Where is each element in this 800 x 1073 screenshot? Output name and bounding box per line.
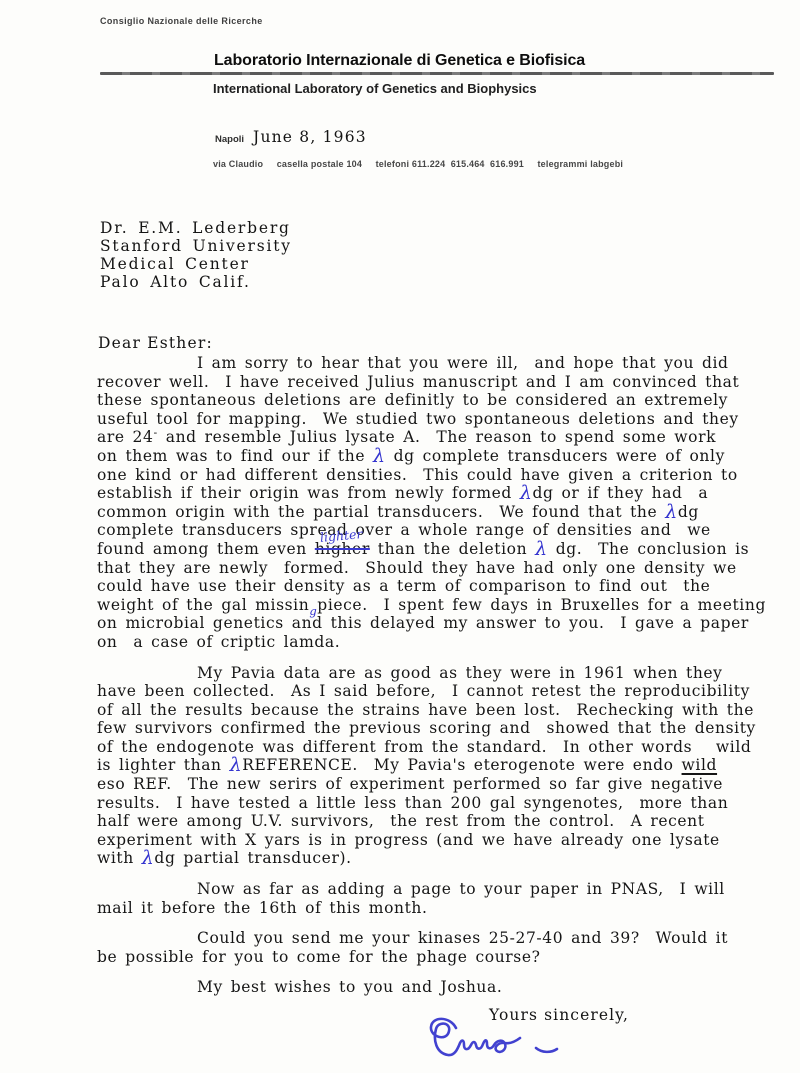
typed-text: are 24 <box>97 428 153 446</box>
body-line: My Pavia data are as good as they were i… <box>97 664 762 683</box>
body-line: of the endogenote was different from the… <box>97 738 762 757</box>
address-line: Palo Alto Calif. <box>100 273 292 291</box>
body-line: weight of the gal missingpiece. I spent … <box>97 596 762 615</box>
body-line: on them was to find our if the λ dg comp… <box>97 447 762 466</box>
body-line: of all the results because the strains h… <box>97 701 762 720</box>
date-text: June 8, 1963 <box>253 128 367 146</box>
typed-text: these spontaneous deletions are definitl… <box>97 391 728 409</box>
handwritten-lambda-icon: λ <box>230 754 243 776</box>
typed-text: and resemble Julius lysate A. The reason… <box>158 428 716 446</box>
body-line: few survivors confirmed the previous sco… <box>97 719 762 738</box>
typed-text: found among them even <box>97 540 315 558</box>
typed-text: dg <box>678 503 699 521</box>
typed-text: on a case of criptic lamda. <box>97 633 340 651</box>
handwritten-insertion: g <box>309 604 317 618</box>
typed-text: could have use their density as a term o… <box>97 577 710 595</box>
typed-text: half were among U.V. survivors, the rest… <box>97 812 705 830</box>
typed-text: mail it before the 16th of this month. <box>97 899 428 917</box>
handwritten-lambda-icon: λ <box>535 538 548 560</box>
typed-text: recover well. I have received Julius man… <box>97 373 739 391</box>
body-line: found among them even higherlighter than… <box>97 540 762 559</box>
address-line: Dr. E.M. Lederberg <box>100 219 292 237</box>
body-line: recover well. I have received Julius man… <box>97 373 762 392</box>
typed-text: experiment with X yars is in progress (a… <box>97 831 720 849</box>
paragraph: Now as far as adding a page to your pape… <box>97 880 762 917</box>
underlined-text: wild <box>682 756 718 774</box>
recipient-address: Dr. E.M. Lederberg Stanford University M… <box>100 219 292 291</box>
body-line: one kind or had different densities. Thi… <box>97 466 762 485</box>
typed-text: on them was to find our if the <box>97 447 373 465</box>
handwritten-lambda-icon: λ <box>142 847 155 869</box>
paragraph: My Pavia data are as good as they were i… <box>97 664 762 869</box>
body-line: on a case of criptic lamda. <box>97 633 762 652</box>
address-line: Stanford University <box>100 237 292 255</box>
typed-text: of all the results because the strains h… <box>97 701 754 719</box>
handwritten-correction: higherlighter <box>315 540 370 558</box>
city-label: Napoli <box>215 134 244 145</box>
typed-text: REFERENCE. My Pavia's eterogenote were e… <box>242 756 681 774</box>
body-line: Could you send me your kinases 25-27-40 … <box>97 929 762 948</box>
typed-text: My Pavia data are as good as they were i… <box>197 664 723 682</box>
body-line: establish if their origin was from newly… <box>97 484 762 503</box>
handwritten-lambda-icon: λ <box>665 501 678 523</box>
typed-text: have been collected. As I said before, I… <box>97 682 750 700</box>
typed-text: I am sorry to hear that you were ill, an… <box>197 354 729 372</box>
body-line: could have use their density as a term o… <box>97 577 762 596</box>
typed-text: than the deletion <box>370 540 535 558</box>
scanned-letter-page: Consiglio Nazionale delle Ricerche Labor… <box>0 0 800 1073</box>
handwritten-signature-icon <box>420 1012 580 1070</box>
typed-text: be possible for you to come for the phag… <box>97 948 541 966</box>
typed-text: dg or if they had a <box>533 484 709 502</box>
body-line: results. I have tested a little less tha… <box>97 794 762 813</box>
typed-text: Could you send me your kinases 25-27-40 … <box>197 929 728 947</box>
handwritten-lambda-icon: λ <box>520 482 533 504</box>
body-line: with λdg partial transducer). <box>97 849 762 868</box>
typed-text: piece. I spent few days in Bruxelles for… <box>317 596 766 614</box>
typed-text: results. I have tested a little less tha… <box>97 794 728 812</box>
paragraph: I am sorry to hear that you were ill, an… <box>97 354 762 652</box>
body-line: experiment with X yars is in progress (a… <box>97 831 762 850</box>
body-line: half were among U.V. survivors, the rest… <box>97 812 762 831</box>
body-line: complete transducers spread over a whole… <box>97 521 762 540</box>
body-line: is lighter than λREFERENCE. My Pavia's e… <box>97 756 762 775</box>
contact-line: via Claudio casella postale 104 telefoni… <box>213 159 623 169</box>
body-line: I am sorry to hear that you were ill, an… <box>97 354 762 373</box>
body-line: useful tool for mapping. We studied two … <box>97 410 762 429</box>
typed-text: one kind or had different densities. Thi… <box>97 466 738 484</box>
address-line: Medical Center <box>100 255 292 273</box>
letterhead-title-english: International Laboratory of Genetics and… <box>213 81 537 96</box>
typed-text: of the endogenote was different from the… <box>97 738 751 756</box>
typed-text: My best wishes to you and Joshua. <box>197 978 502 996</box>
typed-text: that they are newly formed. Should they … <box>97 559 737 577</box>
body-line: common origin with the partial transduce… <box>97 503 762 522</box>
body-line: be possible for you to come for the phag… <box>97 948 762 967</box>
typed-text: useful tool for mapping. We studied two … <box>97 410 739 428</box>
typed-text: with <box>97 849 142 867</box>
typed-text: on microbial genetics and this delayed m… <box>97 614 749 632</box>
typed-text: dg. The conclusion is <box>548 540 749 558</box>
typed-text: is lighter than <box>97 756 230 774</box>
salutation: Dear Esther: <box>98 334 213 352</box>
letter-body: I am sorry to hear that you were ill, an… <box>97 354 762 1009</box>
letterhead-rule <box>100 72 774 75</box>
typed-text: common origin with the partial transduce… <box>97 503 665 521</box>
typed-text: dg partial transducer). <box>154 849 351 867</box>
typed-text: complete transducers spread over a whole… <box>97 521 711 539</box>
typed-text: weight of the gal missin <box>97 596 309 614</box>
body-line: have been collected. As I said before, I… <box>97 682 762 701</box>
agency-name: Consiglio Nazionale delle Ricerche <box>100 16 263 26</box>
body-line: on microbial genetics and this delayed m… <box>97 614 762 633</box>
body-line: My best wishes to you and Joshua. <box>97 978 762 997</box>
body-line: eso REF. The new serirs of experiment pe… <box>97 775 762 794</box>
paragraph: My best wishes to you and Joshua. <box>97 978 762 997</box>
typed-text: dg complete transducers were of only <box>386 447 725 465</box>
body-line: Now as far as adding a page to your pape… <box>97 880 762 899</box>
typed-text: establish if their origin was from newly… <box>97 484 520 502</box>
body-line: these spontaneous deletions are definitl… <box>97 391 762 410</box>
typed-text: Now as far as adding a page to your pape… <box>197 880 725 898</box>
dateline: NapoliJune 8, 1963 <box>215 127 367 146</box>
handwritten-lambda-icon: λ <box>373 445 386 467</box>
signature-scrawl <box>420 1012 580 1073</box>
paragraph: Could you send me your kinases 25-27-40 … <box>97 929 762 966</box>
typed-text: few survivors confirmed the previous sco… <box>97 719 756 737</box>
letterhead-title-italian: Laboratorio Internazionale di Genetica e… <box>214 52 585 70</box>
typed-text: eso REF. The new serirs of experiment pe… <box>97 775 723 793</box>
body-line: mail it before the 16th of this month. <box>97 899 762 918</box>
body-line: are 24- and resemble Julius lysate A. Th… <box>97 428 762 447</box>
body-line: that they are newly formed. Should they … <box>97 559 762 578</box>
